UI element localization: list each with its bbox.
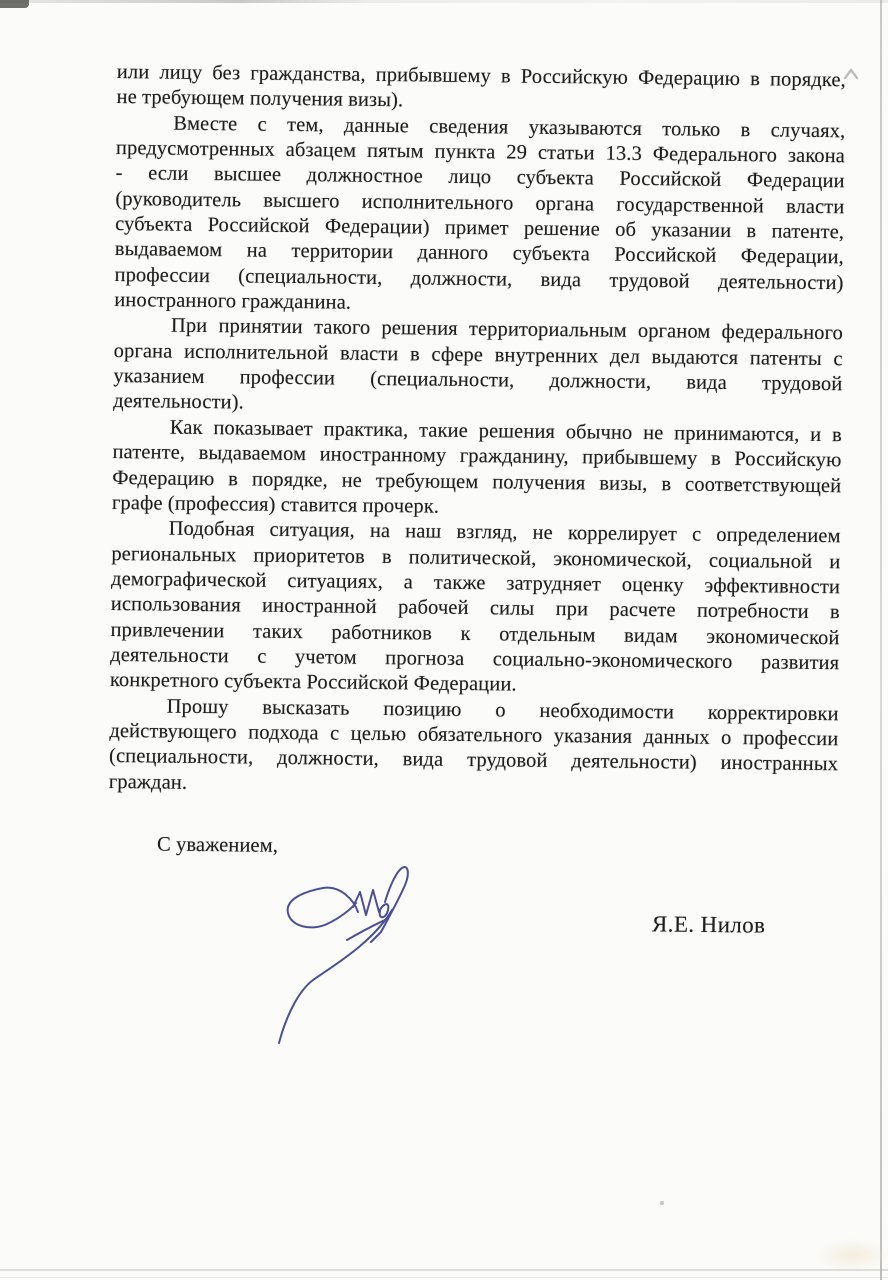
scan-dot-artifact (660, 1201, 664, 1205)
scanned-letter-page: или лицу без гражданства, прибывшему в Р… (0, 0, 888, 1280)
paragraph: Как показывает практика, такие решения о… (112, 415, 842, 525)
paragraph: При принятии такого решения территориаль… (113, 313, 843, 423)
signature (240, 848, 420, 1058)
signer-name: Я.Е. Нилов (652, 911, 766, 938)
letter-content: или лицу без гражданства, прибывшему в Р… (108, 60, 846, 866)
closing-salutation: С уважением, (108, 832, 837, 866)
paragraph: Вместе с тем, данные сведения указываютс… (114, 111, 845, 322)
paragraph: Подобная ситуация, на наш взгляд, не кор… (110, 516, 841, 702)
scan-corner-mark-artifact (0, 0, 29, 8)
scan-top-edge-artifact (0, 0, 888, 3)
scan-bottom-edge-artifact-2 (0, 1277, 888, 1278)
scan-right-edge-artifact (880, 0, 882, 1280)
paragraph: или лицу без гражданства, прибывшему в Р… (116, 60, 846, 119)
paragraph: Прошу высказать позицию о необходимости … (109, 694, 839, 804)
letter-paragraphs: или лицу без гражданства, прибывшему в Р… (109, 60, 846, 803)
scan-smudge-artifact (815, 1238, 888, 1272)
scan-bottom-edge-artifact (0, 1269, 888, 1271)
